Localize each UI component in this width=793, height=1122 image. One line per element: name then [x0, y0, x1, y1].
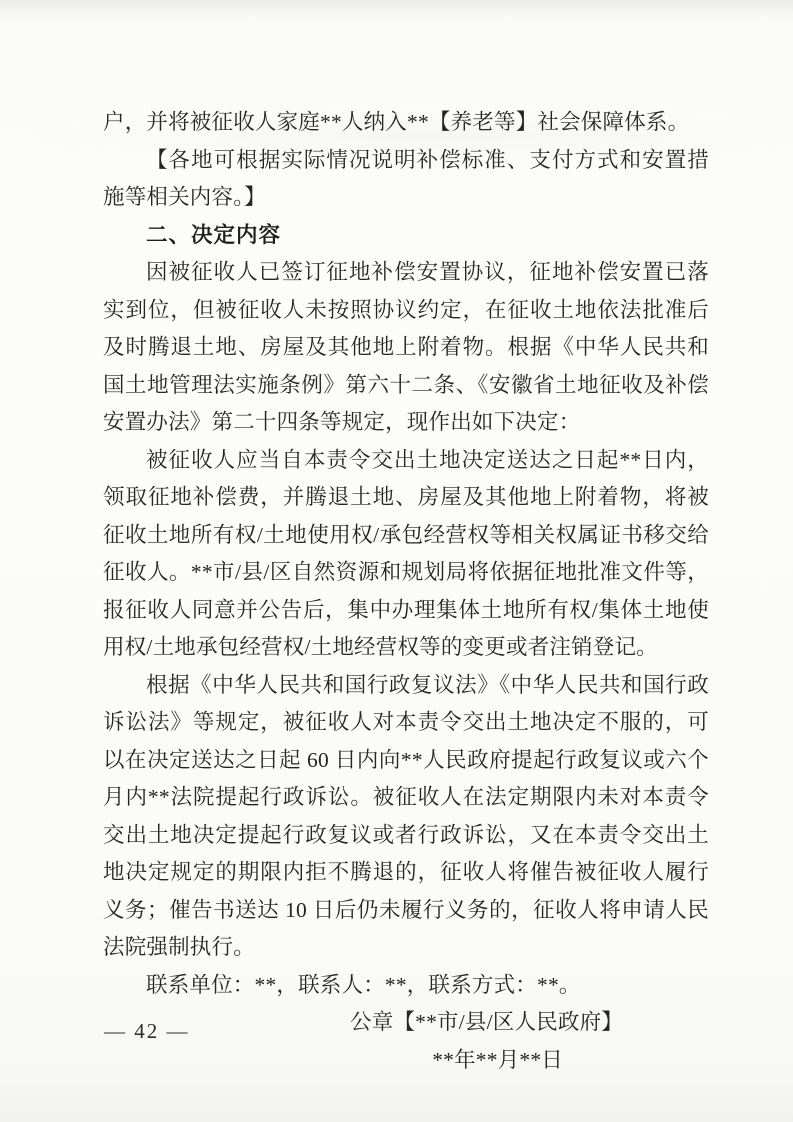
page-number: — 42 —: [104, 1019, 190, 1044]
paragraph-legal-remedies: 根据《中华人民共和国行政复议法》《中华人民共和国行政诉讼法》等规定，被征收人对本…: [103, 667, 709, 967]
section-heading: 二、决定内容: [103, 217, 709, 255]
official-seal-line: 公章【**市/县/区人民政府】: [103, 1004, 709, 1042]
date-line: **年**月**日: [103, 1042, 709, 1080]
document-page: 户，并将被征收人家庭**人纳入**【养老等】社会保障体系。 【各地可根据实际情况…: [0, 0, 793, 1122]
paragraph-continuation: 户，并将被征收人家庭**人纳入**【养老等】社会保障体系。: [103, 104, 709, 142]
paragraph-decision-terms: 被征收人应当自本责令交出土地决定送达之日起**日内，领取征地补偿费，并腾退土地、…: [103, 442, 709, 667]
contact-line: 联系单位：**，联系人：**，联系方式：**。: [103, 967, 709, 1005]
paragraph-decision-basis: 因被征收人已签订征地补偿安置协议，征地补偿安置已落实到位，但被征收人未按照协议约…: [103, 254, 709, 442]
paragraph-note: 【各地可根据实际情况说明补偿标准、支付方式和安置措施等相关内容。】: [103, 142, 709, 217]
document-body: 户，并将被征收人家庭**人纳入**【养老等】社会保障体系。 【各地可根据实际情况…: [103, 104, 709, 1079]
